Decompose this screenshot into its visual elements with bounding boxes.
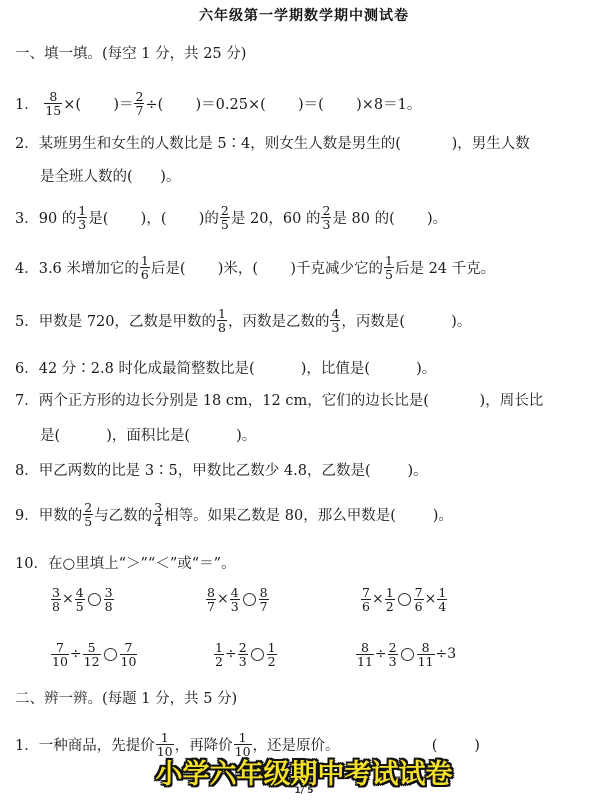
comparison-item-c4: 710÷512710 [50, 637, 138, 671]
fraction-numerator: 2 [238, 641, 248, 654]
text-segment: ，丙数是乙数的 [228, 310, 330, 331]
fraction-denominator: 7 [134, 103, 144, 117]
question-line-q5: 5．甲数是 720，乙数是甲数的18，丙数是乙数的43，丙数是( )。 [15, 303, 471, 337]
question-line-q7a: 7．两个正方形的边长分别是 18 cm，12 cm，它们的边长比是( )，周长比 [15, 382, 543, 416]
fraction-numerator: 1 [437, 586, 447, 599]
text-segment: 8．甲乙两数的比是 3∶5，甲数比乙数少 4.8，乙数是( )。 [15, 459, 428, 480]
question-line-q6: 6．42 分∶2.8 时化成最简整数比是( )，比值是( )。 [15, 350, 436, 384]
fraction-denominator: 4 [437, 599, 447, 613]
question-line-q3: 3．90 的13是( )，( )的25是 20，60 的23是 80 的( )。 [15, 200, 447, 234]
section-one-heading: 一、填一填。(每空 1 分，共 25 分) [15, 35, 246, 69]
text-segment: ×( )＝ [63, 93, 133, 114]
text-segment: 7．两个正方形的边长分别是 18 cm，12 cm，它们的边长比是( )，周长比 [15, 389, 543, 410]
fraction-numerator: 2 [388, 641, 398, 654]
fraction-denominator: 7 [259, 599, 269, 613]
fraction-numerator: 8 [360, 641, 370, 654]
text-segment: 2．某班男生和女生的人数比是 5∶4，则女生人数是男生的( )，男生人数 [15, 132, 530, 153]
fraction-numerator: 4 [230, 586, 240, 599]
comparison-item-c5: 12÷2312 [213, 637, 278, 671]
fraction-denominator: 12 [83, 654, 101, 668]
text-segment: 10．在○里填上“＞”“＜”或“＝”。 [15, 552, 236, 573]
fraction-denominator: 3 [321, 217, 331, 231]
text-segment: 1． [15, 93, 43, 114]
question-line-q8: 8．甲乙两数的比是 3∶5，甲数比乙数少 4.8，乙数是( )。 [15, 452, 428, 486]
fraction: 13 [77, 204, 87, 231]
fraction: 27 [134, 90, 144, 117]
fraction-numerator: 8 [259, 586, 269, 599]
fraction-denominator: 10 [120, 654, 138, 668]
fraction-denominator: 2 [385, 599, 395, 613]
text-segment: 9．甲数的 [15, 504, 82, 525]
text-segment: 与乙数的 [94, 504, 152, 525]
comparison-item-c1: 38×4538 [50, 582, 115, 616]
fraction: 76 [361, 586, 371, 613]
fraction-numerator: 1 [160, 731, 170, 744]
answer-circle-icon[interactable] [251, 648, 264, 661]
fraction-numerator: 1 [385, 586, 395, 599]
fraction: 14 [437, 586, 447, 613]
text-segment: ，丙数是( )。 [341, 310, 471, 331]
fraction-numerator: 3 [51, 586, 61, 599]
fraction-denominator: 3 [230, 599, 240, 613]
fraction-denominator: 7 [206, 599, 216, 613]
text-segment: 是( )，面积比是( )。 [40, 424, 256, 445]
fraction: 811 [417, 641, 435, 668]
fraction-numerator: 5 [87, 641, 97, 654]
fraction-denominator: 6 [414, 599, 424, 613]
fraction-numerator: 8 [421, 641, 431, 654]
fraction-numerator: 1 [140, 254, 150, 267]
fraction: 25 [220, 204, 230, 231]
fraction-numerator: 7 [55, 641, 65, 654]
question-line-q2b: 是全班人数的( )。 [40, 158, 180, 192]
text-segment: 5．甲数是 720，乙数是甲数的 [15, 310, 216, 331]
fraction-numerator: 7 [124, 641, 134, 654]
fraction-denominator: 11 [417, 654, 435, 668]
fraction-numerator: 1 [238, 731, 248, 744]
text-segment: 4．3.6 米增加它的 [15, 257, 139, 278]
text-segment: ÷ [225, 646, 237, 662]
fraction: 16 [140, 254, 150, 281]
fraction-numerator: 4 [75, 586, 85, 599]
question-line-q9: 9．甲数的25与乙数的34相等。如果乙数是 80，那么甲数是( )。 [15, 497, 453, 531]
fraction-numerator: 1 [267, 641, 277, 654]
text-segment: ÷( )＝0.25×( )＝( )×8＝1。 [145, 93, 421, 114]
fraction-denominator: 3 [238, 654, 248, 668]
fraction-numerator: 7 [361, 586, 371, 599]
text-segment: 二、辨一辨。(每题 1 分，共 5 分) [15, 687, 237, 708]
fraction: 710 [120, 641, 138, 668]
fraction: 15 [384, 254, 394, 281]
fraction-denominator: 8 [104, 599, 114, 613]
fraction-denominator: 2 [267, 654, 277, 668]
fraction: 25 [83, 501, 93, 528]
answer-circle-icon[interactable] [243, 593, 256, 606]
fraction: 23 [388, 641, 398, 668]
text-segment: × [62, 591, 74, 607]
answer-circle-icon[interactable] [104, 648, 117, 661]
fraction-denominator: 2 [214, 654, 224, 668]
fraction-numerator: 1 [384, 254, 394, 267]
fraction-denominator: 3 [330, 320, 340, 334]
fraction-denominator: 5 [83, 514, 93, 528]
fraction-numerator: 1 [217, 307, 227, 320]
fraction: 512 [83, 641, 101, 668]
fraction-denominator: 11 [356, 654, 374, 668]
comparison-item-c3: 76×1276×14 [360, 582, 448, 616]
fraction: 43 [330, 307, 340, 334]
text-segment: 后是( )米，( )千克减少它的 [151, 257, 383, 278]
fraction-numerator: 2 [134, 90, 144, 103]
fraction-numerator: 3 [104, 586, 114, 599]
fraction: 38 [104, 586, 114, 613]
fraction-denominator: 8 [217, 320, 227, 334]
question-line-q10: 10．在○里填上“＞”“＜”或“＝”。 [15, 545, 236, 579]
fraction: 87 [259, 586, 269, 613]
fraction: 23 [238, 641, 248, 668]
fraction: 45 [75, 586, 85, 613]
question-line-q1: 1． 815×( )＝27÷( )＝0.25×( )＝( )×8＝1。 [15, 86, 421, 120]
text-segment: × [425, 591, 437, 607]
fraction-denominator: 5 [384, 267, 394, 281]
exam-page: 六年级第一学期数学期中测试卷 一、填一填。(每空 1 分，共 25 分) 1． … [0, 0, 608, 804]
fraction: 87 [206, 586, 216, 613]
fraction-numerator: 4 [330, 307, 340, 320]
fraction: 23 [321, 204, 331, 231]
fraction-denominator: 6 [361, 599, 371, 613]
fraction-denominator: 5 [220, 217, 230, 231]
text-segment: 是全班人数的( )。 [40, 165, 180, 186]
fraction: 12 [214, 641, 224, 668]
page-title: 六年级第一学期数学期中测试卷 [0, 5, 608, 25]
fraction-denominator: 8 [51, 599, 61, 613]
fraction-denominator: 3 [388, 654, 398, 668]
answer-circle-icon[interactable] [88, 593, 101, 606]
text-segment: 后是 24 千克。 [395, 257, 495, 278]
question-line-s2: 二、辨一辨。(每题 1 分，共 5 分) [15, 680, 237, 714]
fraction-numerator: 7 [414, 586, 424, 599]
fraction-numerator: 3 [153, 501, 163, 514]
text-segment: × [372, 591, 384, 607]
comparison-item-c2: 87×4387 [205, 582, 270, 616]
text-segment: 是 80 的( )。 [332, 207, 447, 228]
fraction-denominator: 3 [77, 217, 87, 231]
fraction: 34 [153, 501, 163, 528]
fraction-numerator: 2 [321, 204, 331, 217]
fraction: 12 [385, 586, 395, 613]
text-segment: 是( )，( )的 [88, 207, 219, 228]
fraction-numerator: 2 [220, 204, 230, 217]
fraction-numerator: 1 [214, 641, 224, 654]
fraction: 811 [356, 641, 374, 668]
fraction-numerator: 8 [48, 90, 58, 103]
fraction: 815 [44, 90, 62, 117]
answer-circle-icon[interactable] [398, 593, 411, 606]
page-indicator: 1/ 5 [0, 786, 608, 796]
fraction-denominator: 10 [51, 654, 69, 668]
question-line-q7b: 是( )，面积比是( )。 [40, 417, 256, 451]
fraction-denominator: 15 [44, 103, 62, 117]
fraction: 38 [51, 586, 61, 613]
comparison-item-c6: 811÷23811÷3 [355, 637, 456, 671]
fraction-denominator: 5 [75, 599, 85, 613]
question-line-q4: 4．3.6 米增加它的16后是( )米，( )千克减少它的15后是 24 千克。 [15, 250, 495, 284]
text-segment: 6．42 分∶2.8 时化成最简整数比是( )，比值是( )。 [15, 357, 436, 378]
text-segment: ÷ [70, 646, 82, 662]
question-line-q2a: 2．某班男生和女生的人数比是 5∶4，则女生人数是男生的( )，男生人数 [15, 125, 530, 159]
text-segment: ÷3 [436, 646, 457, 662]
text-segment: 是 20，60 的 [231, 207, 321, 228]
fraction: 12 [267, 641, 277, 668]
answer-circle-icon[interactable] [401, 648, 414, 661]
fraction: 18 [217, 307, 227, 334]
text-segment: 相等。如果乙数是 80，那么甲数是( )。 [164, 504, 453, 525]
fraction: 43 [230, 586, 240, 613]
text-segment: × [217, 591, 229, 607]
fraction-numerator: 1 [77, 204, 87, 217]
fraction-numerator: 8 [206, 586, 216, 599]
fraction-denominator: 6 [140, 267, 150, 281]
text-segment: 3．90 的 [15, 207, 76, 228]
fraction-denominator: 4 [153, 514, 163, 528]
text-segment: ÷ [375, 646, 387, 662]
fraction: 76 [414, 586, 424, 613]
fraction: 710 [51, 641, 69, 668]
fraction-numerator: 2 [83, 501, 93, 514]
